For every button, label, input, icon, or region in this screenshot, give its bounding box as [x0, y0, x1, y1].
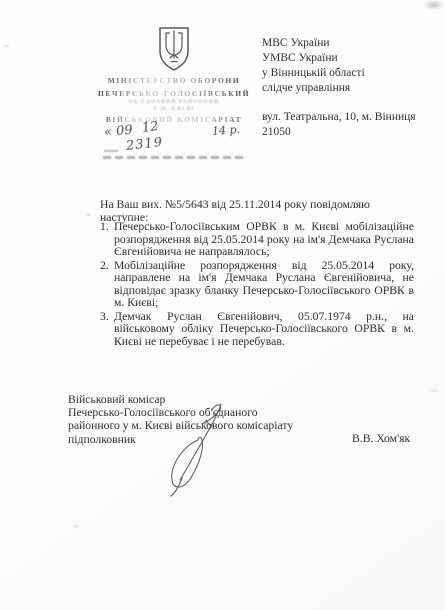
- recipient-line-4: слідче управління: [262, 81, 416, 96]
- list-item-1: 1. Печерсько-Голосіївським ОРВК в м. Киє…: [100, 221, 414, 259]
- stamp-ministry-line: МІНІСТЕРСТВО ОБОРОНИ: [98, 75, 250, 86]
- handwritten-date-year: 14 р.: [212, 123, 241, 138]
- scan-smudge-top-right: [423, 0, 445, 10]
- sender-stamp: МІНІСТЕРСТВО ОБОРОНИ ПЕЧЕРСЬКО-ГОЛОСІЇВС…: [98, 26, 250, 125]
- handwritten-reg-number: 2319: [125, 135, 163, 154]
- recipient-line-3: у Вінницькій області: [262, 66, 416, 81]
- list-item-1-text: Печерсько-Голосіївським ОРВК в м. Києві …: [114, 221, 414, 259]
- stamp-address-line-illegible: [103, 156, 247, 159]
- list-item-3-number: 3.: [100, 311, 114, 349]
- handwritten-date-month: 12: [141, 119, 159, 136]
- scan-smudge-right: [428, 388, 440, 393]
- signatory-name: В.В. Хом'як: [352, 432, 410, 445]
- recipient-line-2: УМВС України: [262, 51, 416, 66]
- numbered-list: 1. Печерсько-Голосіївським ОРВК в м. Киє…: [100, 221, 414, 349]
- list-item-2: 2. Мобілізаційне розпорядження від 25.05…: [100, 260, 414, 310]
- list-item-2-text: Мобілізаційне розпорядження від 25.05.20…: [114, 260, 414, 310]
- handwritten-signature: [158, 398, 230, 498]
- stamp-name-line-1: ПЕЧЕРСЬКО-ГОЛОСІЇВСЬКИЙ: [98, 88, 250, 99]
- list-item-1-number: 1.: [100, 221, 114, 259]
- scan-smudge-bottom: [72, 524, 80, 529]
- recipient-address-line-2: 21050: [262, 125, 416, 140]
- trident-emblem-icon: [156, 26, 192, 72]
- scan-smudge-left: [3, 44, 10, 48]
- stamp-footer-mark: [104, 150, 118, 152]
- list-item-2-number: 2.: [100, 260, 114, 310]
- recipient-address-line-1: вул. Театральна, 10, м. Вінниця: [262, 110, 416, 125]
- stamp-faint-line-2: У М. КИЄВІ: [98, 106, 250, 113]
- scanned-letter-page: { "stamp": { "ministry_line": "МІНІСТЕРС…: [0, 0, 445, 610]
- stamp-faint-line-1: ОБ'ЄДНАНИЙ РАЙОННИЙ: [98, 99, 250, 106]
- recipient-block: МВС України УМВС України у Вінницькій об…: [262, 36, 416, 140]
- scan-smudge-under-intro: [86, 213, 91, 217]
- list-item-3-text: Демчак Руслан Євгенійович, 05.07.1974 р.…: [114, 311, 414, 349]
- recipient-line-1: МВС України: [262, 36, 416, 51]
- list-item-3: 3. Демчак Руслан Євгенійович, 05.07.1974…: [100, 311, 414, 349]
